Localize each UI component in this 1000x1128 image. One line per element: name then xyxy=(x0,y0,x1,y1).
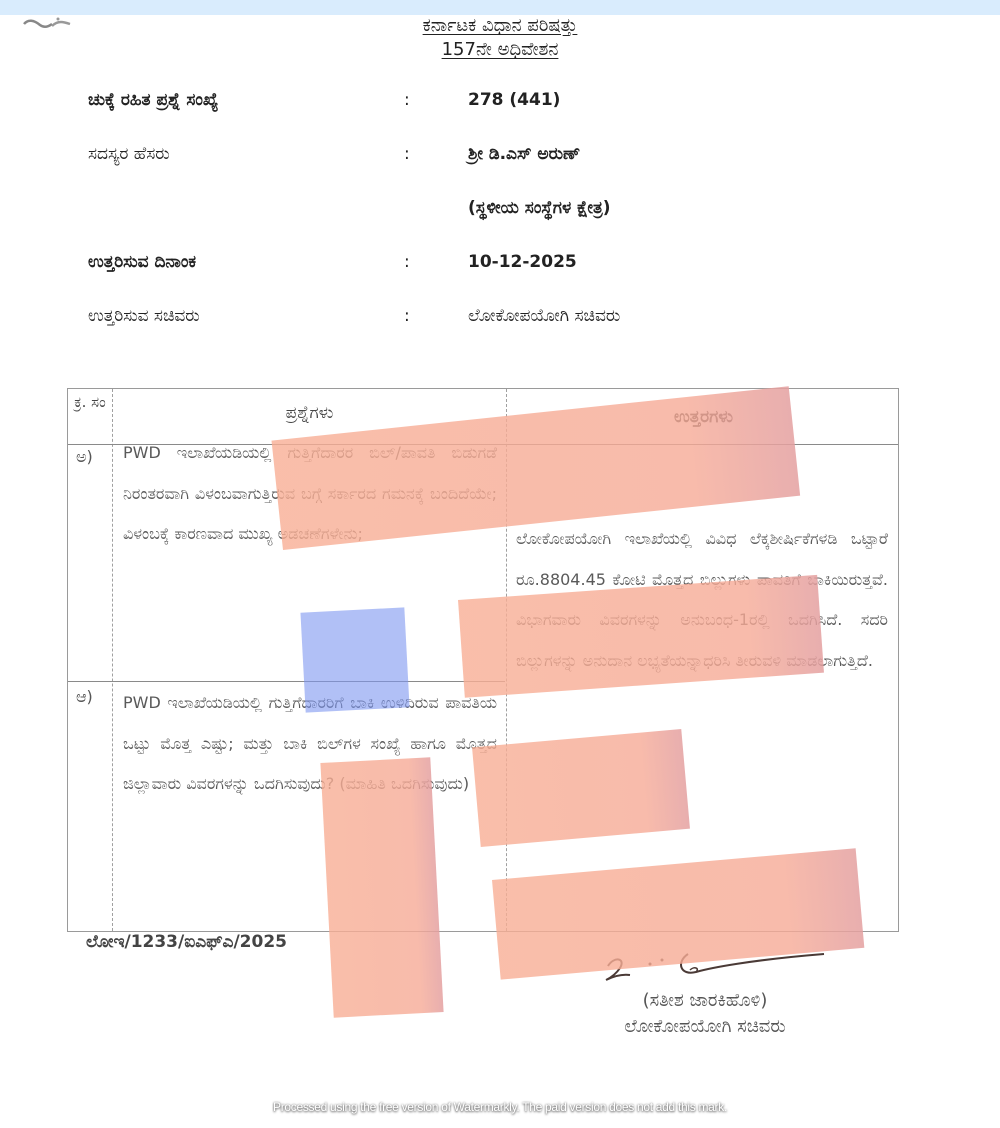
meta-value: 10-12-2025 xyxy=(468,252,577,272)
signature-icon xyxy=(600,948,830,988)
watermark-text: Processed using the free version of Wate… xyxy=(0,1100,1000,1114)
meta-label: ಸದಸ್ಯರ ಹೆಸರು xyxy=(88,144,388,164)
signatory-designation: ಲೋಕೋಪಯೋಗಿ ಸಚಿವರು xyxy=(560,1014,850,1040)
meta-colon: : xyxy=(404,252,410,272)
column-divider xyxy=(112,389,113,931)
session-title: 157ನೇ ಅಧಿವೇಶನ xyxy=(0,38,1000,62)
row-serial: ಆ) xyxy=(76,687,93,707)
question-text: PWD ಇಲಾಖೆಯಡಿಯಲ್ಲಿ ಗುತ್ತಿಗೆದಾರರಿಗೆ ಬಾಕಿ ಉ… xyxy=(123,683,497,805)
row-serial: ಅ) xyxy=(76,447,93,467)
header-serial-number: ಕ್ರ. ಸಂ xyxy=(70,391,110,413)
signatory-name: (ಸತೀಶ ಜಾರಕಿಹೊಳಿ) xyxy=(560,988,850,1014)
row-divider xyxy=(68,681,505,682)
meta-label: ಚುಕ್ಕೆ ರಹಿತ ಪ್ರಶ್ನೆ ಸಂಖ್ಯೆ xyxy=(88,90,388,110)
document-header: ಕರ್ನಾಟಕ ವಿಧಾನ ಪರಿಷತ್ತು 157ನೇ ಅಧಿವೇಶನ xyxy=(0,14,1000,62)
meta-colon: : xyxy=(404,90,410,110)
qa-table: ಕ್ರ. ಸಂ ಪ್ರಶ್ನೆಗಳು ಉತ್ತರಗಳು ಅ) PWD ಇಲಾಖೆ… xyxy=(67,388,899,932)
council-title: ಕರ್ನಾಟಕ ವಿಧಾನ ಪರಿಷತ್ತು xyxy=(0,14,1000,38)
top-bar xyxy=(0,0,1000,15)
meta-colon: : xyxy=(404,144,410,164)
reference-number: ಲೋಇ/1233/ಐಎಫ್ಎ/2025 xyxy=(86,932,287,952)
meta-colon: : xyxy=(404,306,410,326)
meta-value: (ಸ್ಥಳೀಯ ಸಂಸ್ಥೆಗಳ ಕ್ಷೇತ್ರ) xyxy=(468,198,610,218)
question-text: PWD ಇಲಾಖೆಯಡಿಯಲ್ಲಿ ಗುತ್ತಿಗೆದಾರರ ಬಿಲ್/ಪಾವತ… xyxy=(123,433,497,555)
signatory-block: (ಸತೀಶ ಜಾರಕಿಹೊಳಿ) ಲೋಕೋಪಯೋಗಿ ಸಚಿವರು xyxy=(560,988,850,1040)
header-answers: ಉತ್ತರಗಳು xyxy=(507,407,900,427)
meta-value: 278 (441) xyxy=(468,90,560,110)
header-questions: ಪ್ರಶ್ನೆಗಳು xyxy=(113,403,506,423)
meta-label: ಉತ್ತರಿಸುವ ಸಚಿವರು xyxy=(88,306,388,326)
column-divider xyxy=(506,389,507,931)
meta-label: ಉತ್ತರಿಸುವ ದಿನಾಂಕ xyxy=(88,252,388,272)
meta-value: ಲೋಕೋಪಯೋಗಿ ಸಚಿವರು xyxy=(468,306,620,326)
meta-value: ಶ್ರೀ ಡಿ.ಎಸ್ ಅರುಣ್ xyxy=(468,144,580,164)
answer-text: ಲೋಕೋಪಯೋಗಿ ಇಲಾಖೆಯಲ್ಲಿ ವಿವಿಧ ಲೆಕ್ಕಶೀರ್ಷಿಕೆ… xyxy=(516,519,888,681)
